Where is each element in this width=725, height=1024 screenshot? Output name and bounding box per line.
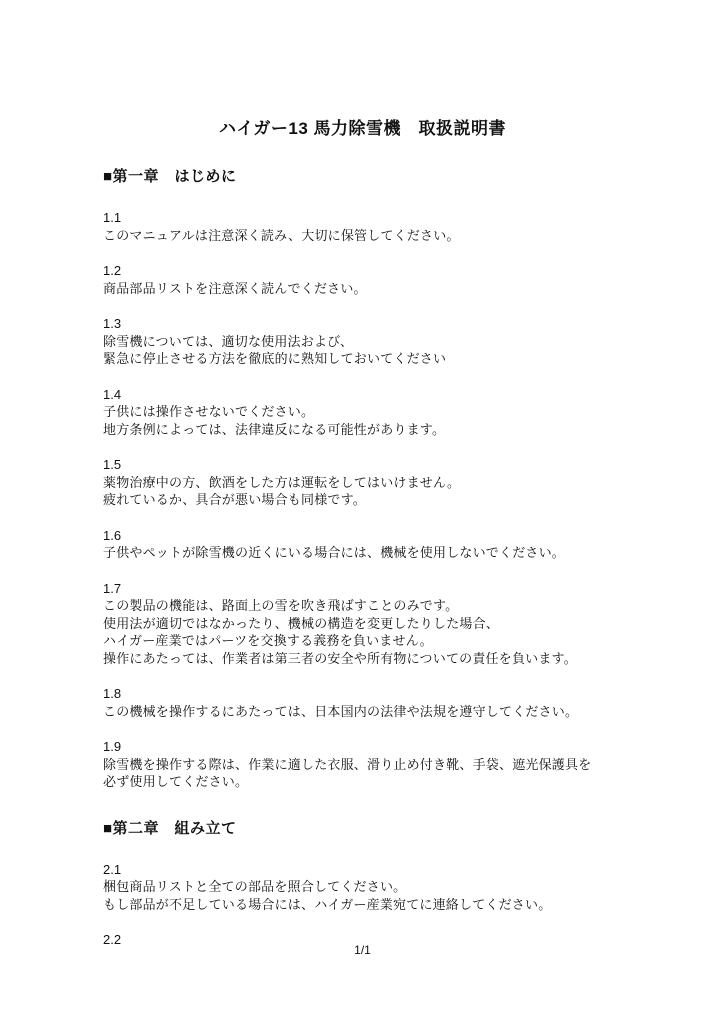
section-text-line: 梱包商品リストと全ての部品を照合してください。: [103, 878, 630, 896]
section-text-line: ハイガー産業ではパーツを交換する義務を負いません。: [103, 632, 630, 650]
section-number: 1.9: [103, 738, 630, 756]
manual-section: 1.7この製品の機能は、路面上の雪を吹き飛ばすことのみです。使用法が適切ではなか…: [103, 580, 630, 668]
section-text-line: 除雪機については、適切な使用法および、: [103, 333, 630, 351]
section-number: 1.4: [103, 386, 630, 404]
section-text-line: 緊急に停止させる方法を徹底的に熟知しておいてください: [103, 350, 630, 368]
section-text-line: このマニュアルは注意深く読み、大切に保管してください。: [103, 227, 630, 245]
manual-section: 1.2商品部品リストを注意深く読んでください。: [103, 262, 630, 297]
manual-section: 1.5薬物治療中の方、飲酒をした方は運転をしてはいけません。疲れているか、具合が…: [103, 456, 630, 509]
chapter-heading: ■第二章 組み立て: [103, 817, 630, 838]
manual-section: 1.9除雪機を操作する際は、作業に適した衣服、滑り止め付き靴、手袋、遮光保護具を…: [103, 738, 630, 791]
section-text-line: 商品部品リストを注意深く読んでください。: [103, 280, 630, 298]
manual-section: 1.8この機械を操作するにあたっては、日本国内の法律や法規を遵守してください。: [103, 685, 630, 720]
manual-section: 2.1梱包商品リストと全ての部品を照合してください。もし部品が不足している場合に…: [103, 861, 630, 914]
page-number: 1/1: [0, 943, 725, 957]
section-text-line: もし部品が不足している場合には、ハイガー産業宛てに連絡してください。: [103, 896, 630, 914]
section-text-line: 薬物治療中の方、飲酒をした方は運転をしてはいけません。: [103, 474, 630, 492]
section-number: 1.1: [103, 209, 630, 227]
section-text-line: 操作にあたっては、作業者は第三者の安全や所有物についての責任を負います。: [103, 650, 630, 668]
section-text-line: 地方条例によっては、法律違反になる可能性があります。: [103, 421, 630, 439]
section-number: 1.5: [103, 456, 630, 474]
section-number: 1.2: [103, 262, 630, 280]
manual-section: 1.3除雪機については、適切な使用法および、緊急に停止させる方法を徹底的に熟知し…: [103, 315, 630, 368]
section-number: 2.1: [103, 861, 630, 879]
section-text-line: この機械を操作するにあたっては、日本国内の法律や法規を遵守してください。: [103, 703, 630, 721]
section-text-line: 使用法が適切ではなかったり、機械の構造を変更したりした場合、: [103, 615, 630, 633]
section-number: 1.8: [103, 685, 630, 703]
section-text-line: 子供やペットが除雪機の近くにいる場合には、機械を使用しないでください。: [103, 544, 630, 562]
section-text-line: 必ず使用してください。: [103, 773, 630, 791]
section-number: 1.3: [103, 315, 630, 333]
document-title: ハイガー13 馬力除雪機 取扱説明書: [0, 0, 725, 139]
manual-section: 1.4子供には操作させないでください。地方条例によっては、法律違反になる可能性が…: [103, 386, 630, 439]
section-number: 1.6: [103, 527, 630, 545]
manual-section: 1.1このマニュアルは注意深く読み、大切に保管してください。: [103, 209, 630, 244]
section-text-line: 疲れているか、具合が悪い場合も同様です。: [103, 491, 630, 509]
manual-section: 1.6子供やペットが除雪機の近くにいる場合には、機械を使用しないでください。: [103, 527, 630, 562]
document-page: ハイガー13 馬力除雪機 取扱説明書 ■第一章 はじめに1.1このマニュアルは注…: [0, 0, 725, 1024]
document-content: ■第一章 はじめに1.1このマニュアルは注意深く読み、大切に保管してください。1…: [103, 165, 630, 949]
section-text-line: この製品の機能は、路面上の雪を吹き飛ばすことのみです。: [103, 597, 630, 615]
chapter-heading: ■第一章 はじめに: [103, 165, 630, 186]
section-text-line: 子供には操作させないでください。: [103, 403, 630, 421]
section-text-line: 除雪機を操作する際は、作業に適した衣服、滑り止め付き靴、手袋、遮光保護具を: [103, 756, 630, 774]
section-number: 1.7: [103, 580, 630, 598]
